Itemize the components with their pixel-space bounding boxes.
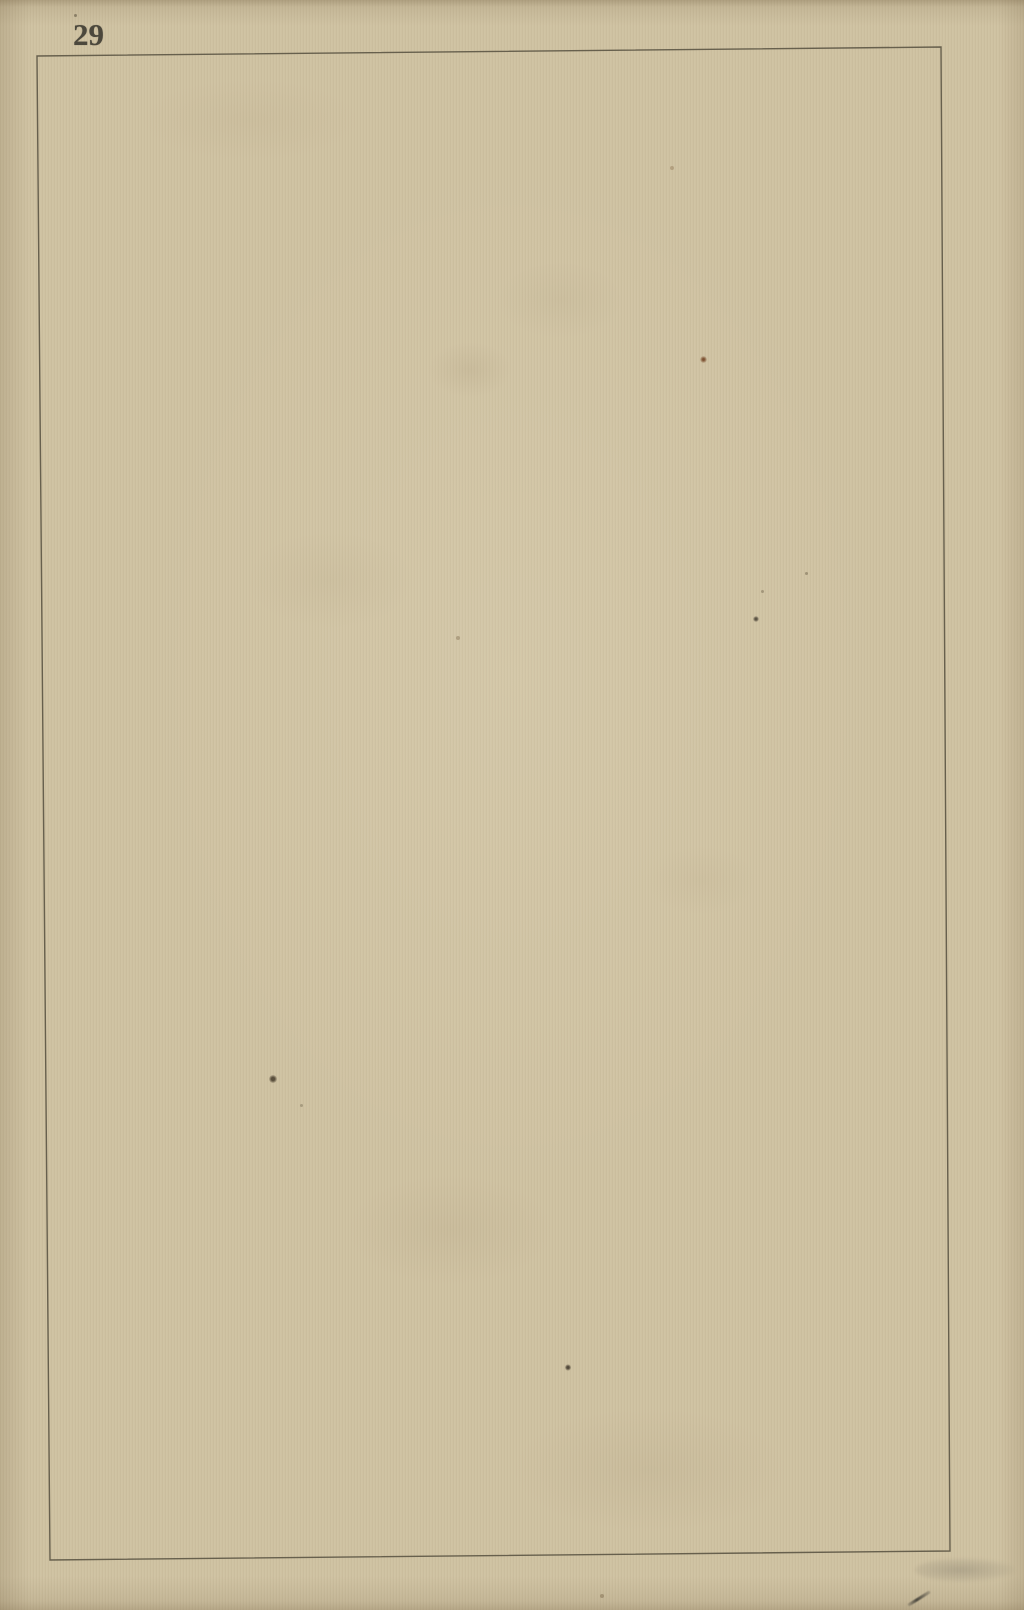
page-number: 29 <box>73 17 104 53</box>
page-border-frame <box>0 0 1024 1610</box>
ink-smudge <box>915 1558 1015 1582</box>
scanned-book-page: { "document": { "page_number": "29" }, "… <box>0 0 1024 1610</box>
